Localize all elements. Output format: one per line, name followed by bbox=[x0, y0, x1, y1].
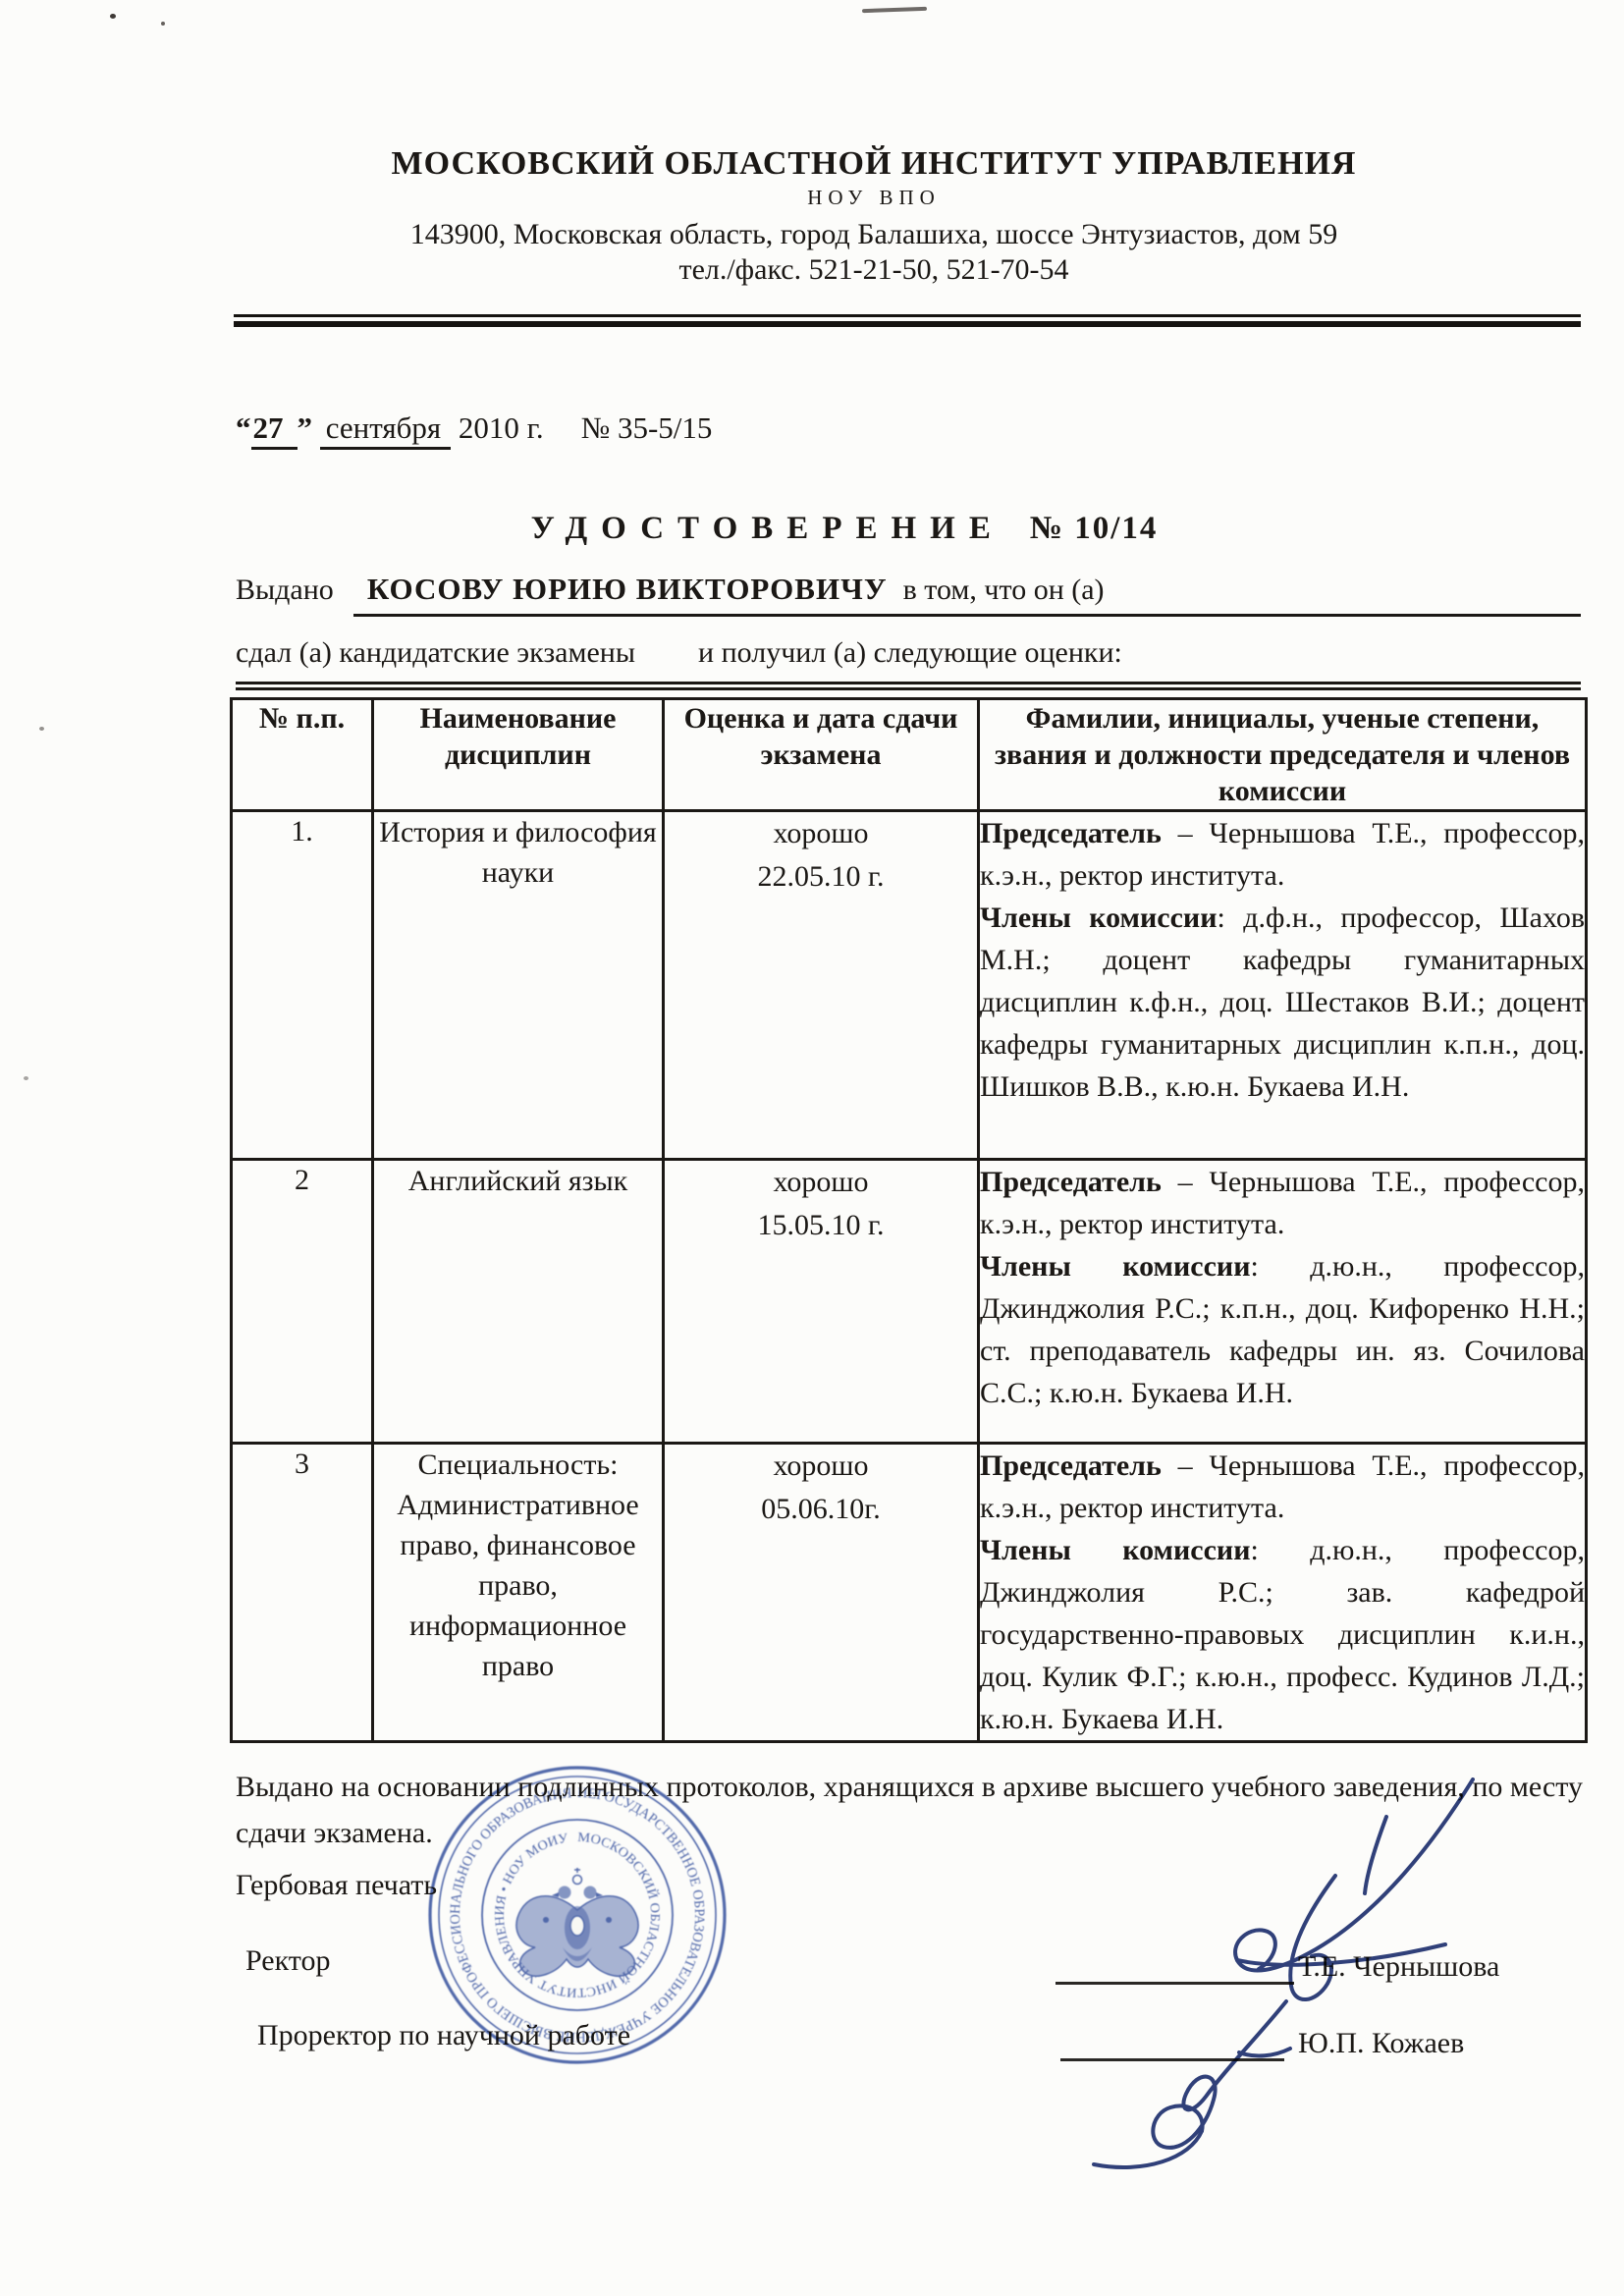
discipline-cell: Специальность: Административное право, ф… bbox=[373, 1444, 664, 1742]
double-eagle-icon bbox=[516, 1868, 638, 1976]
exams-table: № п.п. Наименование дисциплин Оценка и д… bbox=[230, 697, 1588, 1743]
date-line: “27” сентября 2010 г.№ 35-5/15 bbox=[236, 410, 712, 450]
commission-cell: Председатель – Чернышова Т.Е., профессор… bbox=[979, 811, 1587, 1160]
scan-speck bbox=[110, 14, 116, 19]
members-paragraph: Члены комиссии: д.ю.н., профессор, Джинд… bbox=[980, 1245, 1585, 1414]
members-label: Члены комиссии bbox=[980, 902, 1217, 934]
commission-cell: Председатель – Чернышова Т.Е., профессор… bbox=[979, 1444, 1587, 1742]
members-paragraph: Члены комиссии: д.ю.н., профессор, Джинд… bbox=[980, 1529, 1585, 1740]
chair-label: Председатель bbox=[980, 817, 1162, 849]
month-value: сентября bbox=[320, 410, 451, 450]
grade-date: 22.05.10 г. bbox=[665, 855, 977, 899]
issued-prefix: Выдано bbox=[236, 574, 334, 607]
exams-line-left: сдал (а) кандидатские экзамены bbox=[236, 636, 635, 669]
grade-date: 15.05.10 г. bbox=[665, 1204, 977, 1247]
commission-cell: Председатель – Чернышова Т.Е., профессор… bbox=[979, 1160, 1587, 1444]
exams-line: сдал (а) кандидатские экзаменыи получил … bbox=[236, 636, 1581, 690]
row-number-cell: 2 bbox=[232, 1160, 373, 1444]
scan-speck bbox=[39, 727, 44, 731]
org-name: МОСКОВСКИЙ ОБЛАСТНОЙ ИНСТИТУТ УПРАВЛЕНИЯ bbox=[236, 145, 1512, 183]
grade-cell: хорошо 15.05.10 г. bbox=[664, 1160, 979, 1444]
table-row: 2 Английский язык хорошо 15.05.10 г. Пре… bbox=[232, 1160, 1587, 1444]
col-header-number: № п.п. bbox=[232, 699, 373, 811]
certificate-title-word: УДОСТОВЕРЕНИЕ bbox=[531, 511, 1004, 546]
official-seal-icon: НЕГОСУДАРСТВЕННОЕ ОБРАЗОВАТЕЛЬНОЕ УЧРЕЖД… bbox=[415, 1753, 739, 2077]
rector-signature-ink bbox=[1235, 1779, 1473, 1999]
open-quote: “ bbox=[236, 410, 251, 445]
scan-speck bbox=[24, 1076, 28, 1080]
chair-paragraph: Председатель – Чернышова Т.Е., профессор… bbox=[980, 1161, 1585, 1245]
certificate-title: УДОСТОВЕРЕНИЕ№ 10/14 bbox=[245, 511, 1443, 547]
certificate-number: № 10/14 bbox=[1030, 511, 1159, 546]
signatures-ink bbox=[982, 1758, 1571, 2180]
exams-line-right: и получил (а) следующие оценки: bbox=[698, 636, 1122, 669]
scan-speck bbox=[161, 22, 165, 26]
org-address: 143900, Московская область, город Балаши… bbox=[236, 218, 1512, 251]
discipline-cell: История и философия науки bbox=[373, 811, 664, 1160]
chair-label: Председатель bbox=[980, 1449, 1162, 1482]
row-number-cell: 3 bbox=[232, 1444, 373, 1742]
chair-paragraph: Председатель – Чернышова Т.Е., профессор… bbox=[980, 1445, 1585, 1529]
seal-label: Гербовая печать bbox=[236, 1869, 437, 1902]
table-row: 3 Специальность: Административное право,… bbox=[232, 1444, 1587, 1742]
chair-paragraph: Председатель – Чернышова Т.Е., профессор… bbox=[980, 812, 1585, 897]
table-header-row: № п.п. Наименование дисциплин Оценка и д… bbox=[232, 699, 1587, 811]
chair-label: Председатель bbox=[980, 1166, 1162, 1198]
issued-underline: КОСОВУ ЮРИЮ ВИКТОРОВИЧУв том, что он (а) bbox=[353, 572, 1581, 617]
table-row: 1. История и философия науки хорошо 22.0… bbox=[232, 811, 1587, 1160]
prorector-signature-ink bbox=[1094, 2001, 1290, 2167]
col-header-discipline: Наименование дисциплин bbox=[373, 699, 664, 811]
issued-suffix: в том, что он (а) bbox=[903, 574, 1105, 606]
doc-number: № 35-5/15 bbox=[581, 410, 713, 445]
letterhead: МОСКОВСКИЙ ОБЛАСТНОЙ ИНСТИТУТ УПРАВЛЕНИЯ… bbox=[236, 145, 1512, 287]
grade-cell: хорошо 05.06.10г. bbox=[664, 1444, 979, 1742]
recipient-name: КОСОВУ ЮРИЮ ВИКТОРОВИЧУ bbox=[367, 572, 888, 606]
grade-date: 05.06.10г. bbox=[665, 1488, 977, 1531]
day-value: 27 bbox=[251, 410, 298, 450]
letterhead-rule bbox=[234, 314, 1581, 327]
discipline-cell: Английский язык bbox=[373, 1160, 664, 1444]
row-number-cell: 1. bbox=[232, 811, 373, 1160]
org-phone: тел./факс. 521-21-50, 521-70-54 bbox=[236, 253, 1512, 287]
members-label: Члены комиссии bbox=[980, 1534, 1250, 1566]
issued-line: ВыданоКОСОВУ ЮРИЮ ВИКТОРОВИЧУв том, что … bbox=[236, 572, 1581, 617]
col-header-commission: Фамилии, инициалы, ученые степени, звани… bbox=[979, 699, 1587, 811]
grade-value: хорошо bbox=[665, 1445, 977, 1488]
members-label: Члены комиссии bbox=[980, 1250, 1250, 1283]
col-header-grade: Оценка и дата сдачи экзамена bbox=[664, 699, 979, 811]
seal-graphic: НЕГОСУДАРСТВЕННОЕ ОБРАЗОВАТЕЛЬНОЕ УЧРЕЖД… bbox=[415, 1753, 739, 2077]
org-type: НОУ ВПО bbox=[236, 186, 1512, 210]
rector-label: Ректор bbox=[245, 1944, 331, 1978]
certificate-document: МОСКОВСКИЙ ОБЛАСТНОЙ ИНСТИТУТ УПРАВЛЕНИЯ… bbox=[0, 0, 1624, 2296]
close-quote: ” bbox=[298, 410, 313, 445]
grade-cell: хорошо 22.05.10 г. bbox=[664, 811, 979, 1160]
scan-speck bbox=[862, 7, 927, 13]
year-value: 2010 г. bbox=[459, 410, 544, 445]
grade-value: хорошо bbox=[665, 1161, 977, 1204]
grade-value: хорошо bbox=[665, 812, 977, 855]
members-paragraph: Члены комиссии: д.ф.н., профессор, Шахов… bbox=[980, 897, 1585, 1108]
